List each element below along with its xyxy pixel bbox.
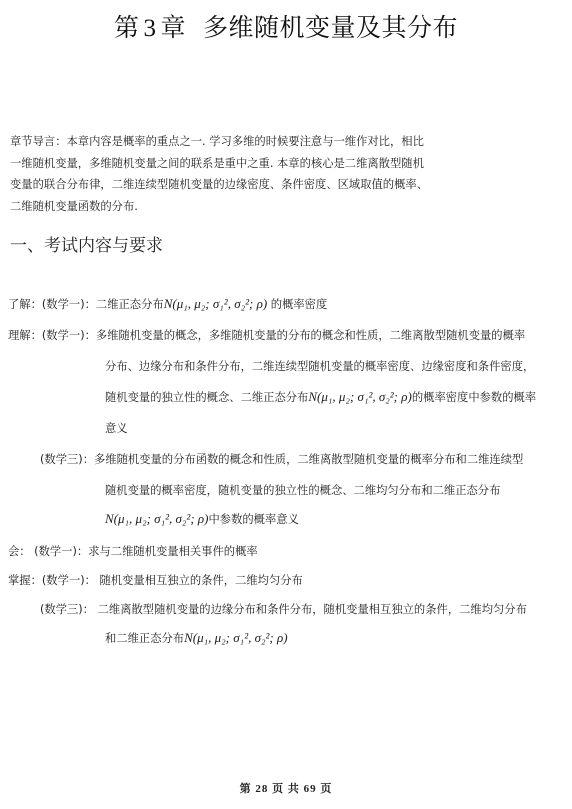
requirement-comprehend-math3: (数学三)：多维随机变量的分布函数的概念和性质，二维离散型随机变量的概率分布和二…	[40, 451, 523, 467]
page-footer: 第 28 页 共 69 页	[0, 780, 572, 796]
requirement-label: (数学三)：	[40, 453, 94, 466]
requirement-text: 二维离散型随机变量的边缘分布和条件分布，随机变量相互独立的条件，二维均匀分布	[98, 603, 527, 616]
requirement-text: 求与二维随机变量相关事件的概率	[88, 545, 257, 558]
intro-line: 变量的联合分布律，二维连续型随机变量的边缘密度、条件密度、区域取值的概率、	[10, 174, 410, 196]
intro-line: 一维随机变量，多维随机变量之间的联系是重中之重. 本章的核心是二维离散型随机	[10, 153, 410, 175]
chapter-intro: 章节导言：本章内容是概率的重点之一. 学习多维的时候要注意与一维作对比，相比 一…	[10, 131, 410, 217]
chapter-name: 多维随机变量及其分布	[203, 13, 458, 42]
requirement-text: 的概率密度	[267, 298, 327, 311]
chapter-title: 第3章 多维随机变量及其分布	[0, 8, 572, 44]
normal-distribution-formula: N(μ₁, μ₂; σ₁², σ₂²; ρ)	[164, 296, 267, 311]
requirement-text: 随机变量的概率密度，随机变量的独立性的概念、二维均匀分布和二维正态分布	[105, 482, 500, 498]
title-suffix: 章	[161, 13, 187, 42]
requirement-text: 中参数的概率意义	[208, 513, 298, 526]
requirement-label: (数学三)：	[40, 603, 94, 616]
requirement-comprehend: 理解：(数学一)：多维随机变量的概念，多维随机变量的分布的概念和性质，二维离散型…	[8, 327, 525, 343]
requirement-text: 的概率密度中参数的概率	[412, 391, 536, 404]
normal-distribution-formula: N(μ₁, μ₂; σ₁², σ₂²; ρ)	[184, 630, 287, 645]
requirement-text: 随机变量的独立性的概念、二维正态分布	[105, 391, 308, 404]
requirement-text: 随机变量相互独立的条件，二维均匀分布	[100, 574, 303, 587]
requirement-text: N(μ₁, μ₂; σ₁², σ₂²; ρ)中参数的概率意义	[105, 511, 299, 527]
requirement-can-do: 会： (数学一)：求与二维随机变量相关事件的概率	[8, 543, 258, 559]
requirement-master: 掌握：(数学一)： 随机变量相互独立的条件，二维均匀分布	[8, 572, 303, 588]
title-prefix: 第	[114, 13, 140, 42]
requirement-text: 意义	[105, 420, 128, 436]
requirement-text: 多维随机变量的概念，多维随机变量的分布的概念和性质，二维离散型随机变量的概率	[96, 329, 525, 342]
requirement-master-math3: (数学三)： 二维离散型随机变量的边缘分布和条件分布，随机变量相互独立的条件，二…	[40, 601, 527, 617]
requirement-label: 会： (数学一)：	[8, 545, 88, 558]
normal-distribution-formula: N(μ₁, μ₂; σ₁², σ₂²; ρ)	[105, 511, 208, 526]
requirement-text: 和二维正态分布	[105, 632, 184, 645]
requirement-text: 分布、边缘分布和条件分布，二维连续型随机变量的概率密度、边缘密度和条件密度，	[105, 358, 534, 374]
requirement-text: 多维随机变量的分布函数的概念和性质，二维离散型随机变量的概率分布和二维连续型	[94, 453, 523, 466]
requirement-label: 了解：(数学一)：	[8, 298, 96, 311]
requirement-text: 和二维正态分布N(μ₁, μ₂; σ₁², σ₂²; ρ)	[105, 630, 288, 646]
requirement-understand-basic: 了解：(数学一)：二维正态分布N(μ₁, μ₂; σ₁², σ₂²; ρ) 的概…	[8, 296, 327, 312]
requirement-label: 理解：(数学一)：	[8, 329, 96, 342]
chapter-number: 3	[144, 15, 157, 42]
section-heading: 一、考试内容与要求	[10, 231, 163, 256]
intro-line: 二维随机变量函数的分布.	[10, 196, 410, 218]
requirement-text: 二维正态分布	[96, 298, 164, 311]
requirement-text: 随机变量的独立性的概念、二维正态分布N(μ₁, μ₂; σ₁², σ₂²; ρ)…	[105, 389, 536, 405]
normal-distribution-formula: N(μ₁, μ₂; σ₁², σ₂²; ρ)	[308, 389, 411, 404]
requirement-label: 掌握：(数学一)：	[8, 574, 96, 587]
intro-line: 章节导言：本章内容是概率的重点之一. 学习多维的时候要注意与一维作对比，相比	[10, 131, 410, 153]
